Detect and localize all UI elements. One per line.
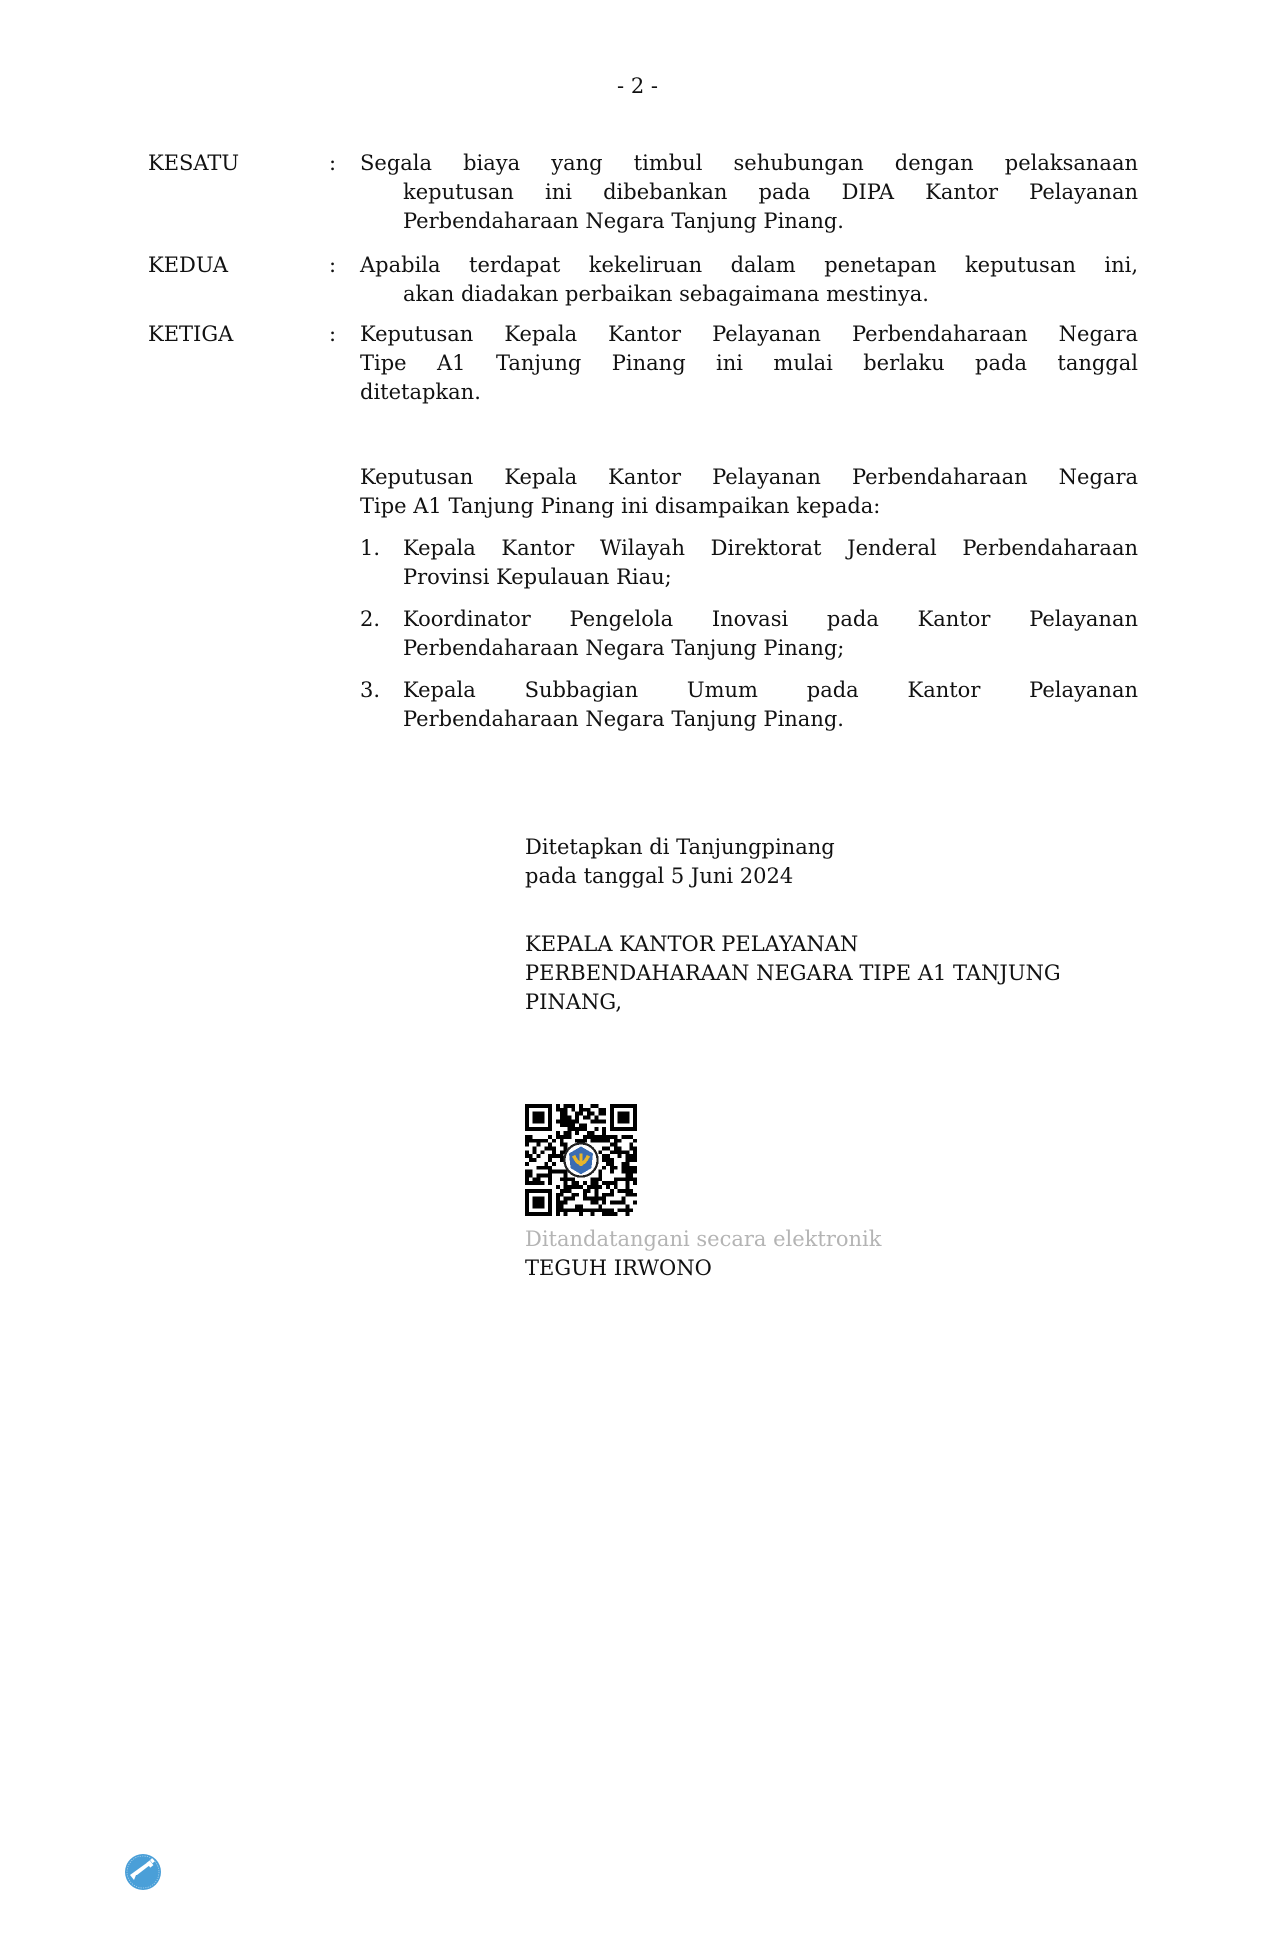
signature-place: Ditetapkan di Tanjungpinang [525,833,835,862]
clause-line: ditetapkan. [360,378,1138,407]
recipient-line: Kepala Subbagian Umum pada Kantor Pelaya… [403,676,1138,705]
recipient-item: Kepala Subbagian Umum pada Kantor Pelaya… [403,676,1138,734]
clause-line: Tipe A1 Tanjung Pinang ini mulai berlaku… [360,349,1138,378]
clause-line: Segala biaya yang timbul sehubungan deng… [360,149,1138,178]
page-number: - 2 - [0,74,1275,98]
clause-label-kesatu: KESATU [148,149,239,178]
recipient-item: Kepala Kantor Wilayah Direktorat Jendera… [403,534,1138,592]
clause-text-kedua: Apabila terdapat kekeliruan dalam peneta… [360,251,1138,309]
clause-line: Apabila terdapat kekeliruan dalam peneta… [360,251,1138,280]
clause-line: keputusan ini dibebankan pada DIPA Kanto… [360,178,1138,207]
clause-line: Keputusan Kepala Kantor Pelayanan Perben… [360,320,1138,349]
signature-title-line: KEPALA KANTOR PELAYANAN [525,930,858,959]
recipient-item: Koordinator Pengelola Inovasi pada Kanto… [403,605,1138,663]
intro-line: Keputusan Kepala Kantor Pelayanan Perben… [360,463,1138,492]
clause-text-ketiga: Keputusan Kepala Kantor Pelayanan Perben… [360,320,1138,407]
clause-label-kedua: KEDUA [148,251,228,280]
e-signature-pen-icon [124,1853,162,1891]
clause-label-ketiga: KETIGA [148,320,233,349]
recipient-line: Kepala Kantor Wilayah Direktorat Jendera… [403,534,1138,563]
clause-line: Perbendaharaan Negara Tanjung Pinang. [360,207,1138,236]
distribution-intro: Keputusan Kepala Kantor Pelayanan Perben… [360,463,1138,521]
recipient-number: 1. [360,534,380,563]
clause-separator: : [329,320,336,349]
recipient-line: Perbendaharaan Negara Tanjung Pinang; [403,634,1138,663]
clause-line: akan diadakan perbaikan sebagaimana mest… [360,280,1138,309]
recipient-line: Perbendaharaan Negara Tanjung Pinang. [403,705,1138,734]
clause-separator: : [329,149,336,178]
electronic-signature-note: Ditandatangani secara elektronik [525,1225,881,1254]
clause-text-kesatu: Segala biaya yang timbul sehubungan deng… [360,149,1138,236]
recipient-number: 3. [360,676,380,705]
signatory-name: TEGUH IRWONO [525,1254,712,1283]
recipient-line: Koordinator Pengelola Inovasi pada Kanto… [403,605,1138,634]
recipient-line: Provinsi Kepulauan Riau; [403,563,1138,592]
signature-title-line: PERBENDAHARAAN NEGARA TIPE A1 TANJUNG [525,959,1061,988]
signature-date: pada tanggal 5 Juni 2024 [525,862,793,891]
clause-separator: : [329,251,336,280]
recipient-number: 2. [360,605,380,634]
signature-title-line: PINANG, [525,988,622,1017]
qr-code-icon [525,1104,637,1216]
intro-line: Tipe A1 Tanjung Pinang ini disampaikan k… [360,492,1138,521]
